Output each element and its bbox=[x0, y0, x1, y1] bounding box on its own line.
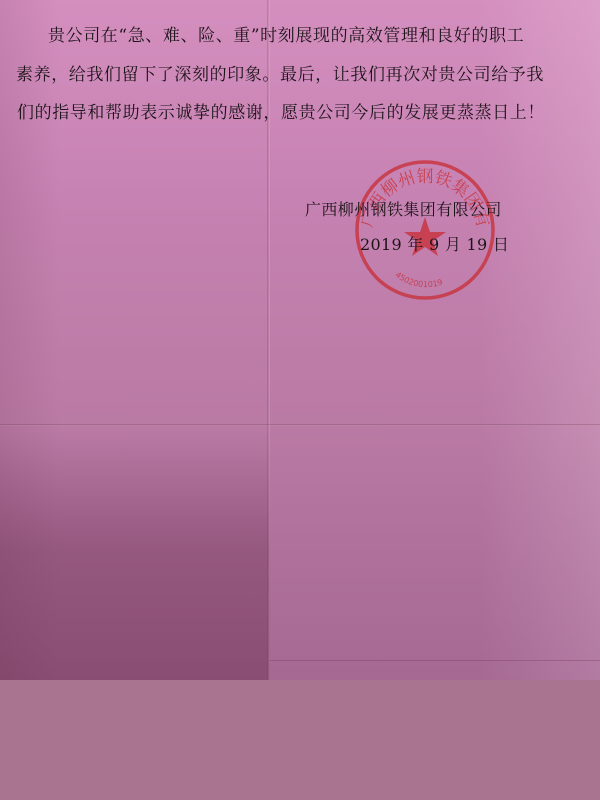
horizontal-fold-crease bbox=[0, 424, 600, 426]
paragraph-line: 贵公司在“急、难、险、重”时刻展现的高效管理和良好的职工 bbox=[48, 21, 524, 46]
signature-date: 2019 年 9 月 19 日 bbox=[360, 232, 509, 255]
letter-paper: 广西柳州钢铁集团有限公司 4502001019 贵公司在“急、难、险、重”时刻展… bbox=[0, 0, 600, 680]
signature-company: 广西柳州钢铁集团有限公司 bbox=[305, 197, 502, 220]
background-fill bbox=[0, 680, 600, 800]
lower-fold-crease bbox=[270, 660, 600, 661]
paragraph-line: 素养，给我们留下了深刻的印象。最后，让我们再次对贵公司给予我 bbox=[16, 60, 544, 85]
paper-shadow-left bbox=[0, 430, 270, 680]
seal-code: 4502001019 bbox=[394, 270, 444, 289]
red-star-seal-icon: 广西柳州钢铁集团有限公司 4502001019 bbox=[350, 155, 500, 305]
paper-shadow-right bbox=[270, 430, 600, 680]
paragraph-line: 们的指导和帮助表示诚挚的感谢，愿贵公司今后的发展更蒸蒸日上！ bbox=[17, 98, 545, 123]
